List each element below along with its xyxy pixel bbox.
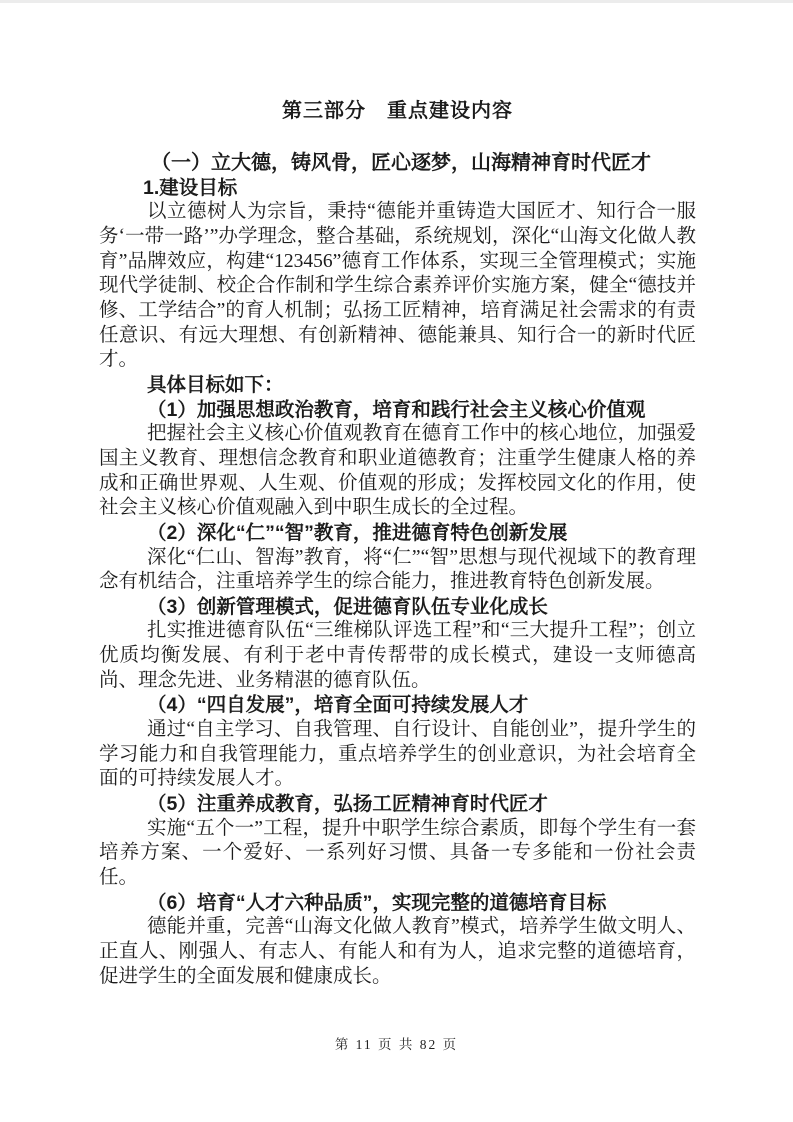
goal-3-heading: （3）创新管理模式，促进德育队伍专业化成长	[99, 595, 696, 620]
subsection-heading: 1.建设目标	[99, 176, 696, 201]
goal-4-heading: （4）“四自发展”，培育全面可持续发展人才	[99, 693, 696, 718]
document-page: 第三部分 重点建设内容 （一）立大德，铸风骨，匠心逐梦，山海精神育时代匠才 1.…	[99, 0, 696, 989]
goal-2-heading: （2）深化“仁”“智”教育，推进德育特色创新发展	[99, 521, 696, 546]
goal-1-paragraph: 把握社会主义核心价值观教育在德育工作中的核心地位，加强爱国主义教育、理想信念教育…	[99, 422, 696, 521]
goal-4-paragraph: 通过“自主学习、自我管理、自行设计、自能创业”，提升学生的学习能力和自我管理能力…	[99, 718, 696, 792]
paragraph: 以立德树人为宗旨，秉持“德能并重铸造大国匠才、知行合一服务‘一带一路’”办学理念…	[99, 200, 696, 373]
page-footer: 第 11 页 共 82 页	[0, 1036, 793, 1054]
goal-5-paragraph: 实施“五个一”工程，提升中职学生综合素质，即每个学生有一套培养方案、一个爱好、一…	[99, 817, 696, 891]
goal-3-paragraph: 扎实推进德育队伍“三维梯队评选工程”和“三大提升工程”；创立优质均衡发展、有利于…	[99, 619, 696, 693]
goal-5-heading: （5）注重养成教育，弘扬工匠精神育时代匠才	[99, 792, 696, 817]
goal-6-heading: （6）培育“人才六种品质”，实现完整的道德培育目标	[99, 891, 696, 916]
goal-2-paragraph: 深化“仁山、智海”教育，将“仁”“智”思想与现代视域下的教育理念有机结合，注重培…	[99, 546, 696, 595]
goal-1-heading: （1）加强思想政治教育，培育和践行社会主义核心价值观	[99, 398, 696, 423]
goal-6-paragraph: 德能并重，完善“山海文化做人教育”模式，培养学生做文明人、正直人、刚强人、有志人…	[99, 915, 696, 989]
goals-intro-heading: 具体目标如下：	[99, 373, 696, 398]
section-heading: （一）立大德，铸风骨，匠心逐梦，山海精神育时代匠才	[99, 151, 696, 176]
part-title: 第三部分 重点建设内容	[99, 99, 696, 124]
page-number-indicator: 第 11 页 共 82 页	[335, 1037, 458, 1052]
